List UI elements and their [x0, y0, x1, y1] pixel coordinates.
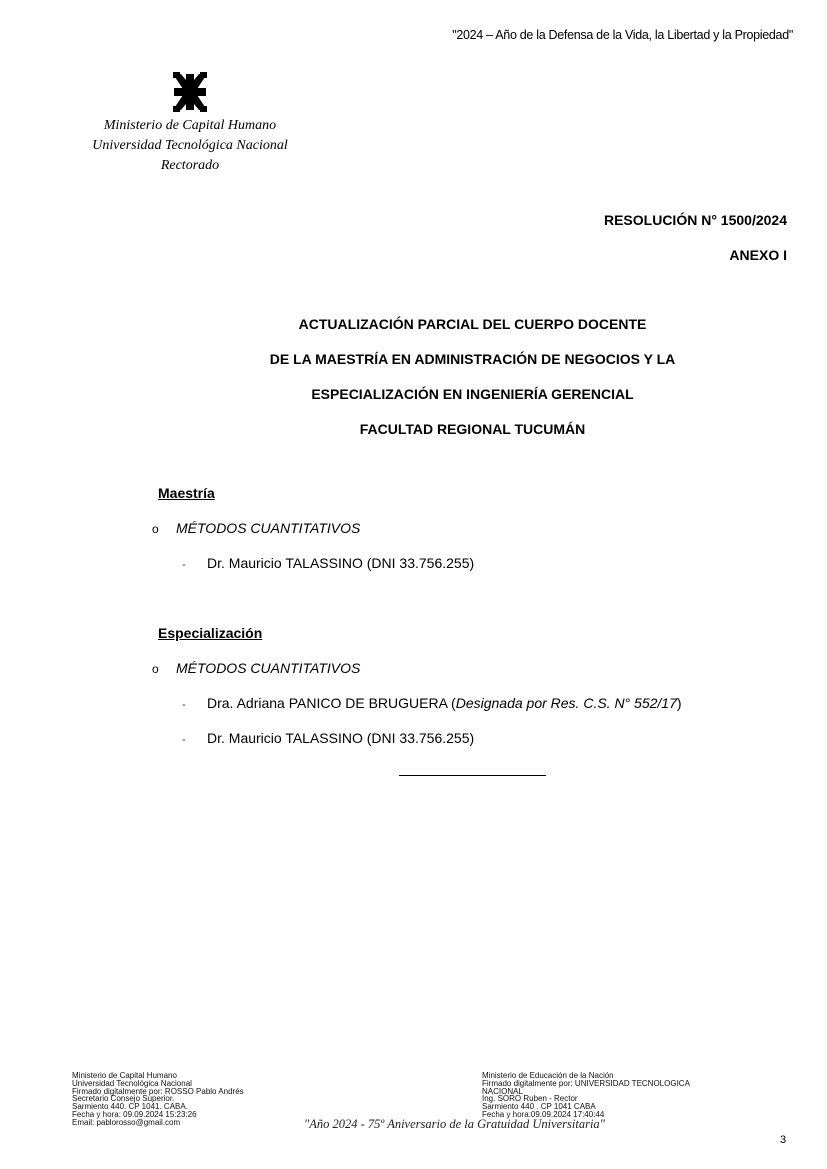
dash-bullet-icon: - [182, 559, 207, 571]
subject-name: MÉTODOS CUANTITATIVOS [176, 520, 360, 536]
subject-name: MÉTODOS CUANTITATIVOS [176, 660, 360, 676]
institution-university: Universidad Tecnológica Nacional [60, 136, 320, 156]
designation-note: Designada por Res. C.S. N° 552/17 [456, 695, 677, 711]
teacher-name: Dr. Mauricio TALASSINO (DNI 33.756.255) [207, 730, 474, 746]
section-heading: Especialización [158, 625, 262, 641]
title-line: FACULTAD REGIONAL TUCUMÁN [200, 412, 745, 447]
resolution-number: RESOLUCIÓN N° 1500/2024 [604, 212, 787, 228]
end-separator [399, 775, 546, 776]
title-line: ACTUALIZACIÓN PARCIAL DEL CUERPO DOCENTE [200, 307, 745, 342]
section-especializacion: Especialización oMÉTODOS CUANTITATIVOS -… [158, 625, 262, 641]
header-motto: "2024 – Año de la Defensa de la Vida, la… [452, 28, 793, 42]
institution-header: Ministerio de Capital Humano Universidad… [60, 70, 320, 176]
subject-item: oMÉTODOS CUANTITATIVOS [152, 660, 360, 676]
list-item: -Dr. Mauricio TALASSINO (DNI 33.756.255) [182, 555, 474, 571]
teacher-name: Dr. Mauricio TALASSINO (DNI 33.756.255) [207, 555, 474, 571]
circle-bullet-icon: o [152, 522, 176, 536]
subject-item: oMÉTODOS CUANTITATIVOS [152, 520, 360, 536]
annex-label: ANEXO I [729, 247, 787, 263]
page-number: 3 [780, 1134, 786, 1146]
circle-bullet-icon: o [152, 662, 176, 676]
signature-block-right: Ministerio de Educación de la Nación Fir… [482, 1072, 690, 1119]
dash-bullet-icon: - [182, 734, 207, 746]
list-item: -Dra. Adriana PANICO DE BRUGUERA (Design… [182, 695, 682, 711]
note-close: ) [677, 695, 682, 711]
institution-office: Rectorado [60, 156, 320, 176]
utn-logo-icon [170, 70, 210, 114]
section-maestria: Maestría oMÉTODOS CUANTITATIVOS -Dr. Mau… [158, 485, 215, 501]
dash-bullet-icon: - [182, 699, 207, 711]
footer-motto: "Año 2024 - 75º Aniversario de la Gratui… [304, 1117, 605, 1132]
document-title: ACTUALIZACIÓN PARCIAL DEL CUERPO DOCENTE… [200, 307, 745, 447]
section-heading: Maestría [158, 485, 215, 501]
teacher-name: Dra. Adriana PANICO DE BRUGUERA ( [207, 695, 456, 711]
signature-block-left: Ministerio de Capital Humano Universidad… [72, 1072, 244, 1127]
title-line: ESPECIALIZACIÓN EN INGENIERÍA GERENCIAL [200, 377, 745, 412]
list-item: -Dr. Mauricio TALASSINO (DNI 33.756.255) [182, 730, 474, 746]
title-line: DE LA MAESTRÍA EN ADMINISTRACIÓN DE NEGO… [200, 342, 745, 377]
institution-ministry: Ministerio de Capital Humano [60, 116, 320, 136]
signature-line: Email: pablorosso@gmail.com [72, 1119, 244, 1127]
